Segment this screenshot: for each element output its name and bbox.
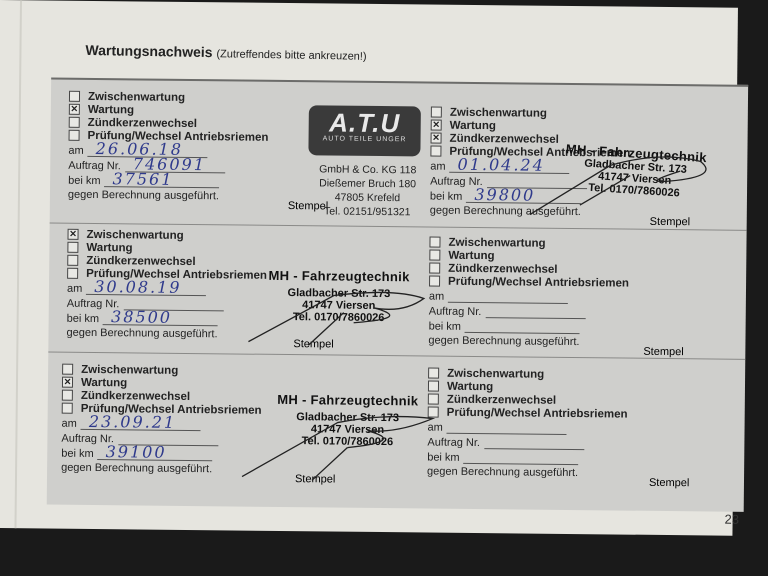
option-label: Prüfung/Wechsel Antriebsriemen — [448, 275, 629, 289]
handwritten-km: 39100 — [106, 442, 167, 462]
option-label: Wartung — [88, 103, 134, 115]
maintenance-panel: ZwischenwartungWartungZündkerzenwechselP… — [47, 78, 748, 512]
atu-line: GmbH & Co. KG 118 — [300, 162, 435, 177]
km-line[interactable]: 39100 — [98, 447, 213, 461]
checkbox[interactable] — [69, 91, 80, 102]
field-label: bei km — [61, 448, 94, 460]
option-label: Zündkerzenwechsel — [88, 116, 197, 129]
atu-logo-stamp: A.T.U AUTO TEILE UNGER — [308, 105, 421, 156]
stamp-name: MH - Fahrzeugtechnik — [254, 268, 424, 285]
option-label: Zwischenwartung — [447, 367, 544, 380]
checkbox[interactable] — [431, 120, 442, 131]
option-label: Prüfung/Wechsel Antriebsriemen — [447, 406, 628, 420]
stempel-label: Stempel — [649, 477, 689, 489]
option-label: Zwischenwartung — [450, 106, 547, 119]
field-label: am — [429, 291, 444, 303]
stamp-line: Tel. 0170/7860026 — [262, 435, 432, 449]
checkbox[interactable] — [67, 242, 78, 253]
checkbox[interactable] — [67, 268, 78, 279]
title-subtitle: (Zutreffendes bitte ankreuzen!) — [216, 48, 366, 63]
km-line[interactable] — [465, 320, 580, 334]
field-label: bei km — [67, 313, 100, 325]
handwritten-km: 38500 — [111, 307, 172, 327]
checkbox[interactable] — [67, 255, 78, 266]
booklet-page: Wartungsnachweis (Zutreffendes bitte ank… — [0, 0, 738, 536]
km-line[interactable] — [464, 451, 579, 465]
date-line[interactable] — [447, 421, 567, 435]
option-label: Wartung — [450, 119, 496, 131]
atu-logo-sub: AUTO TEILE UNGER — [309, 135, 421, 143]
field-label: bei km — [429, 321, 462, 333]
option-label: Wartung — [447, 380, 493, 392]
field-label: bei km — [427, 451, 460, 463]
field-label: bei km — [68, 175, 101, 187]
option-label: Zwischenwartung — [86, 228, 183, 241]
checkbox[interactable] — [429, 237, 440, 248]
order-line[interactable] — [484, 436, 584, 450]
page-title: Wartungsnachweis (Zutreffendes bitte ank… — [85, 42, 366, 63]
date-line[interactable]: 30.08.19 — [86, 282, 206, 296]
page-number: 23 — [725, 512, 740, 527]
checkbox[interactable] — [431, 107, 442, 118]
atu-line: Dießemer Bruch 180 — [300, 176, 435, 191]
option-label: Zündkerzenwechsel — [86, 254, 195, 267]
date-line[interactable] — [448, 290, 568, 304]
option-label: Zündkerzenwechsel — [81, 389, 190, 402]
checkbox[interactable] — [431, 133, 442, 144]
stempel-label: Stempel — [295, 473, 335, 485]
checkbox[interactable] — [62, 364, 73, 375]
option-label: Zündkerzenwechsel — [447, 393, 556, 406]
order-line[interactable] — [485, 305, 585, 319]
handwritten-date: 01.04.24 — [457, 155, 544, 175]
atu-line: 47805 Krefeld — [300, 190, 435, 205]
title-text: Wartungsnachweis — [85, 42, 212, 60]
checkbox[interactable] — [430, 146, 441, 157]
stempel-label: Stempel — [643, 346, 683, 358]
km-line[interactable]: 38500 — [103, 312, 218, 326]
mh-stamp: MH - Fahrzeugtechnik Gladbacher Str. 173… — [262, 392, 433, 449]
page-spine — [14, 0, 22, 528]
checkbox[interactable] — [429, 250, 440, 261]
checkbox[interactable] — [429, 263, 440, 274]
stamp-name: MH - Fahrzeugtechnik — [263, 392, 433, 409]
footer-note: gegen Berechnung ausgeführt. — [430, 205, 750, 220]
handwritten-km: 37561 — [112, 169, 173, 189]
field-label: am — [67, 283, 82, 295]
mh-stamp: MH - Fahrzeugtechnik Gladbacher Str. 173… — [254, 268, 425, 325]
checkbox[interactable] — [67, 229, 78, 240]
option-label: Zündkerzenwechsel — [450, 132, 559, 145]
handwritten-km: 39800 — [474, 185, 535, 205]
stempel-label: Stempel — [650, 216, 690, 228]
stamp-line: Tel. 0170/7860026 — [254, 311, 424, 325]
handwritten-date: 30.08.19 — [94, 277, 181, 297]
option-label: Wartung — [448, 249, 494, 261]
mh-stamp: MH - Fahrzeugtechnik Gladbacher Str. 173… — [549, 140, 722, 202]
atu-address: GmbH & Co. KG 118 Dießemer Bruch 180 478… — [300, 162, 436, 219]
checkbox[interactable] — [62, 377, 73, 388]
checkbox[interactable] — [428, 381, 439, 392]
checkbox[interactable] — [62, 390, 73, 401]
atu-line: Tel. 02151/951321 — [300, 204, 435, 219]
checkbox[interactable] — [69, 117, 80, 128]
checkbox[interactable] — [69, 130, 80, 141]
option-label: Wartung — [86, 241, 132, 253]
checkbox[interactable] — [429, 276, 440, 287]
km-field: bei km — [429, 318, 749, 336]
option-label: Wartung — [81, 376, 127, 388]
field-label: am — [62, 418, 77, 430]
date-line[interactable]: 23.09.21 — [81, 417, 201, 431]
footer-note: gegen Berechnung ausgeführt. — [428, 335, 748, 350]
field-label: Auftrag Nr. — [429, 306, 482, 319]
handwritten-date: 23.09.21 — [89, 412, 176, 432]
checkbox[interactable] — [62, 403, 73, 414]
maintenance-entry: ZwischenwartungWartungZündkerzenwechselP… — [427, 367, 748, 495]
checkbox[interactable] — [69, 104, 80, 115]
stempel-label: Stempel — [293, 338, 333, 350]
maintenance-entry: ZwischenwartungWartungZündkerzenwechselP… — [428, 236, 749, 364]
km-field: bei km — [427, 448, 747, 466]
field-label: Auftrag Nr. — [427, 437, 480, 450]
footer-note: gegen Berechnung ausgeführt. — [427, 465, 747, 480]
footer-note: gegen Berechnung ausgeführt. — [66, 327, 386, 342]
option-label: Zwischenwartung — [88, 90, 185, 103]
field-label: am — [68, 145, 83, 157]
option-label: Zwischenwartung — [448, 236, 545, 249]
checkbox[interactable] — [428, 368, 439, 379]
option-label: Zwischenwartung — [81, 363, 178, 376]
option-label: Zündkerzenwechsel — [448, 262, 557, 275]
km-line[interactable]: 37561 — [104, 174, 219, 188]
